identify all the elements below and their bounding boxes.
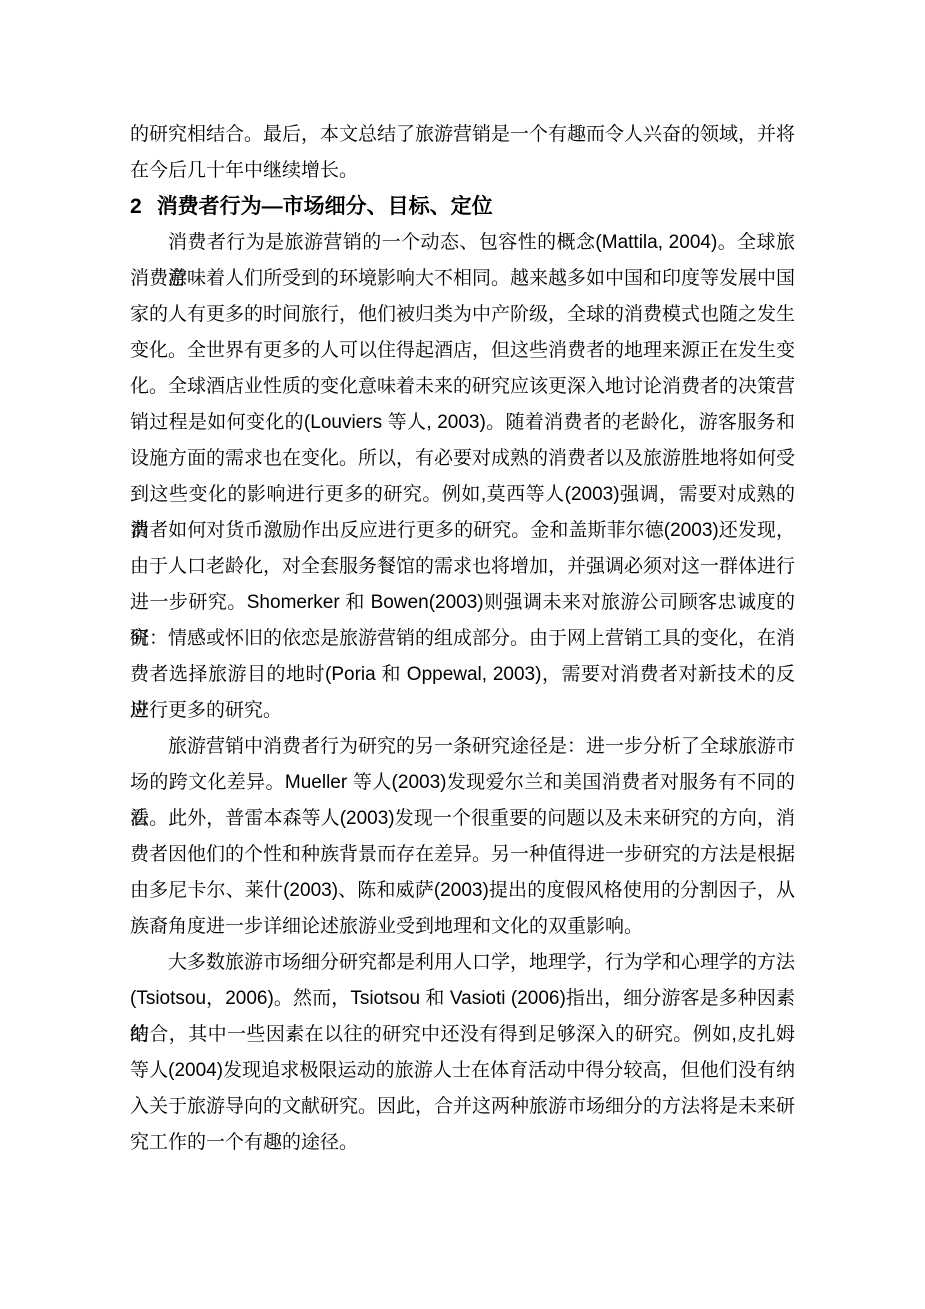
text-line: 设施方面的需求也在变化。所以，有必要对成熟的消费者以及旅游胜地将如何受 (130, 441, 795, 477)
text-line: 入关于旅游导向的文献研究。因此，合并这两种旅游市场细分的方法将是未来研 (130, 1089, 795, 1125)
text-line: 旅游营销中消费者行为研究的另一条研究途径是：进一步分析了全球旅游市 (130, 729, 795, 765)
text-line: 到这些变化的影响进行更多的研究。例如,莫西等人(2003)强调，需要对成熟的消 (130, 477, 795, 513)
text-line: 消费者行为是旅游营销的一个动态、包容性的概念(Mattila, 2004)。全球… (130, 225, 795, 261)
text-line: 费者如何对货币激励作出反应进行更多的研究。金和盖斯菲尔德(2003)还发现， (130, 513, 795, 549)
text-line: 法。此外，普雷本森等人(2003)发现一个很重要的问题以及未来研究的方向，消 (130, 801, 795, 837)
text-line: 费者选择旅游目的地时(Poria 和 Oppewal, 2003)，需要对消费者… (130, 657, 795, 693)
text-line: 结合，其中一些因素在以往的研究中还没有得到足够深入的研究。例如,皮扎姆 (130, 1017, 795, 1053)
text-line: 消费意味着人们所受到的环境影响大不相同。越来越多如中国和印度等发展中国 (130, 261, 795, 297)
text-line: 费者因他们的个性和种族背景而存在差异。另一种值得进一步研究的方法是根据 (130, 837, 795, 873)
text-line: 家的人有更多的时间旅行，他们被归类为中产阶级，全球的消费模式也随之发生 (130, 297, 795, 333)
text-line: 究：情感或怀旧的依恋是旅游营销的组成部分。由于网上营销工具的变化，在消 (130, 621, 795, 657)
paragraph: 消费者行为是旅游营销的一个动态、包容性的概念(Mattila, 2004)。全球… (130, 225, 795, 729)
text-line: 在今后几十年中继续增长。 (130, 153, 795, 189)
text-line: 究工作的一个有趣的途径。 (130, 1125, 795, 1161)
text-line: 由多尼卡尔、莱什(2003)、陈和威萨(2003)提出的度假风格使用的分割因子，… (130, 873, 795, 909)
text-line: 族裔角度进一步详细论述旅游业受到地理和文化的双重影响。 (130, 909, 795, 945)
text-line: 由于人口老龄化，对全套服务餐馆的需求也将增加，并强调必须对这一群体进行 (130, 549, 795, 585)
text-line: (Tsiotsou，2006)。然而，Tsiotsou 和 Vasioti (2… (130, 981, 795, 1017)
text-line: 场的跨文化差异。Mueller 等人(2003)发现爱尔兰和美国消费者对服务有不… (130, 765, 795, 801)
text-line: 大多数旅游市场细分研究都是利用人口学，地理学，行为学和心理学的方法 (130, 945, 795, 981)
paragraph: 的研究相结合。最后，本文总结了旅游营销是一个有趣而令人兴奋的领域，并将在今后几十… (130, 117, 795, 189)
section-heading-number: 2 (130, 189, 142, 225)
paragraph: 旅游营销中消费者行为研究的另一条研究途径是：进一步分析了全球旅游市场的跨文化差异… (130, 729, 795, 945)
text-line: 进一步研究。Shomerker 和 Bowen(2003)则强调未来对旅游公司顾… (130, 585, 795, 621)
text-line: 化。全球酒店业性质的变化意味着未来的研究应该更深入地讨论消费者的决策营 (130, 369, 795, 405)
section-heading-text: 消费者行为—市场细分、目标、定位 (157, 195, 493, 218)
paragraph: 大多数旅游市场细分研究都是利用人口学，地理学，行为学和心理学的方法(Tsiots… (130, 945, 795, 1161)
document-page: 的研究相结合。最后，本文总结了旅游营销是一个有趣而令人兴奋的领域，并将在今后几十… (0, 0, 925, 1309)
text-line: 销过程是如何变化的(Louviers 等人, 2003)。随着消费者的老龄化，游… (130, 405, 795, 441)
text-line: 等人(2004)发现追求极限运动的旅游人士在体育活动中得分较高，但他们没有纳 (130, 1053, 795, 1089)
text-line: 变化。全世界有更多的人可以住得起酒店，但这些消费者的地理来源正在发生变 (130, 333, 795, 369)
section-heading: 2消费者行为—市场细分、目标、定位 (130, 189, 795, 225)
text-line: 进行更多的研究。 (130, 693, 795, 729)
text-line: 的研究相结合。最后，本文总结了旅游营销是一个有趣而令人兴奋的领域，并将 (130, 117, 795, 153)
